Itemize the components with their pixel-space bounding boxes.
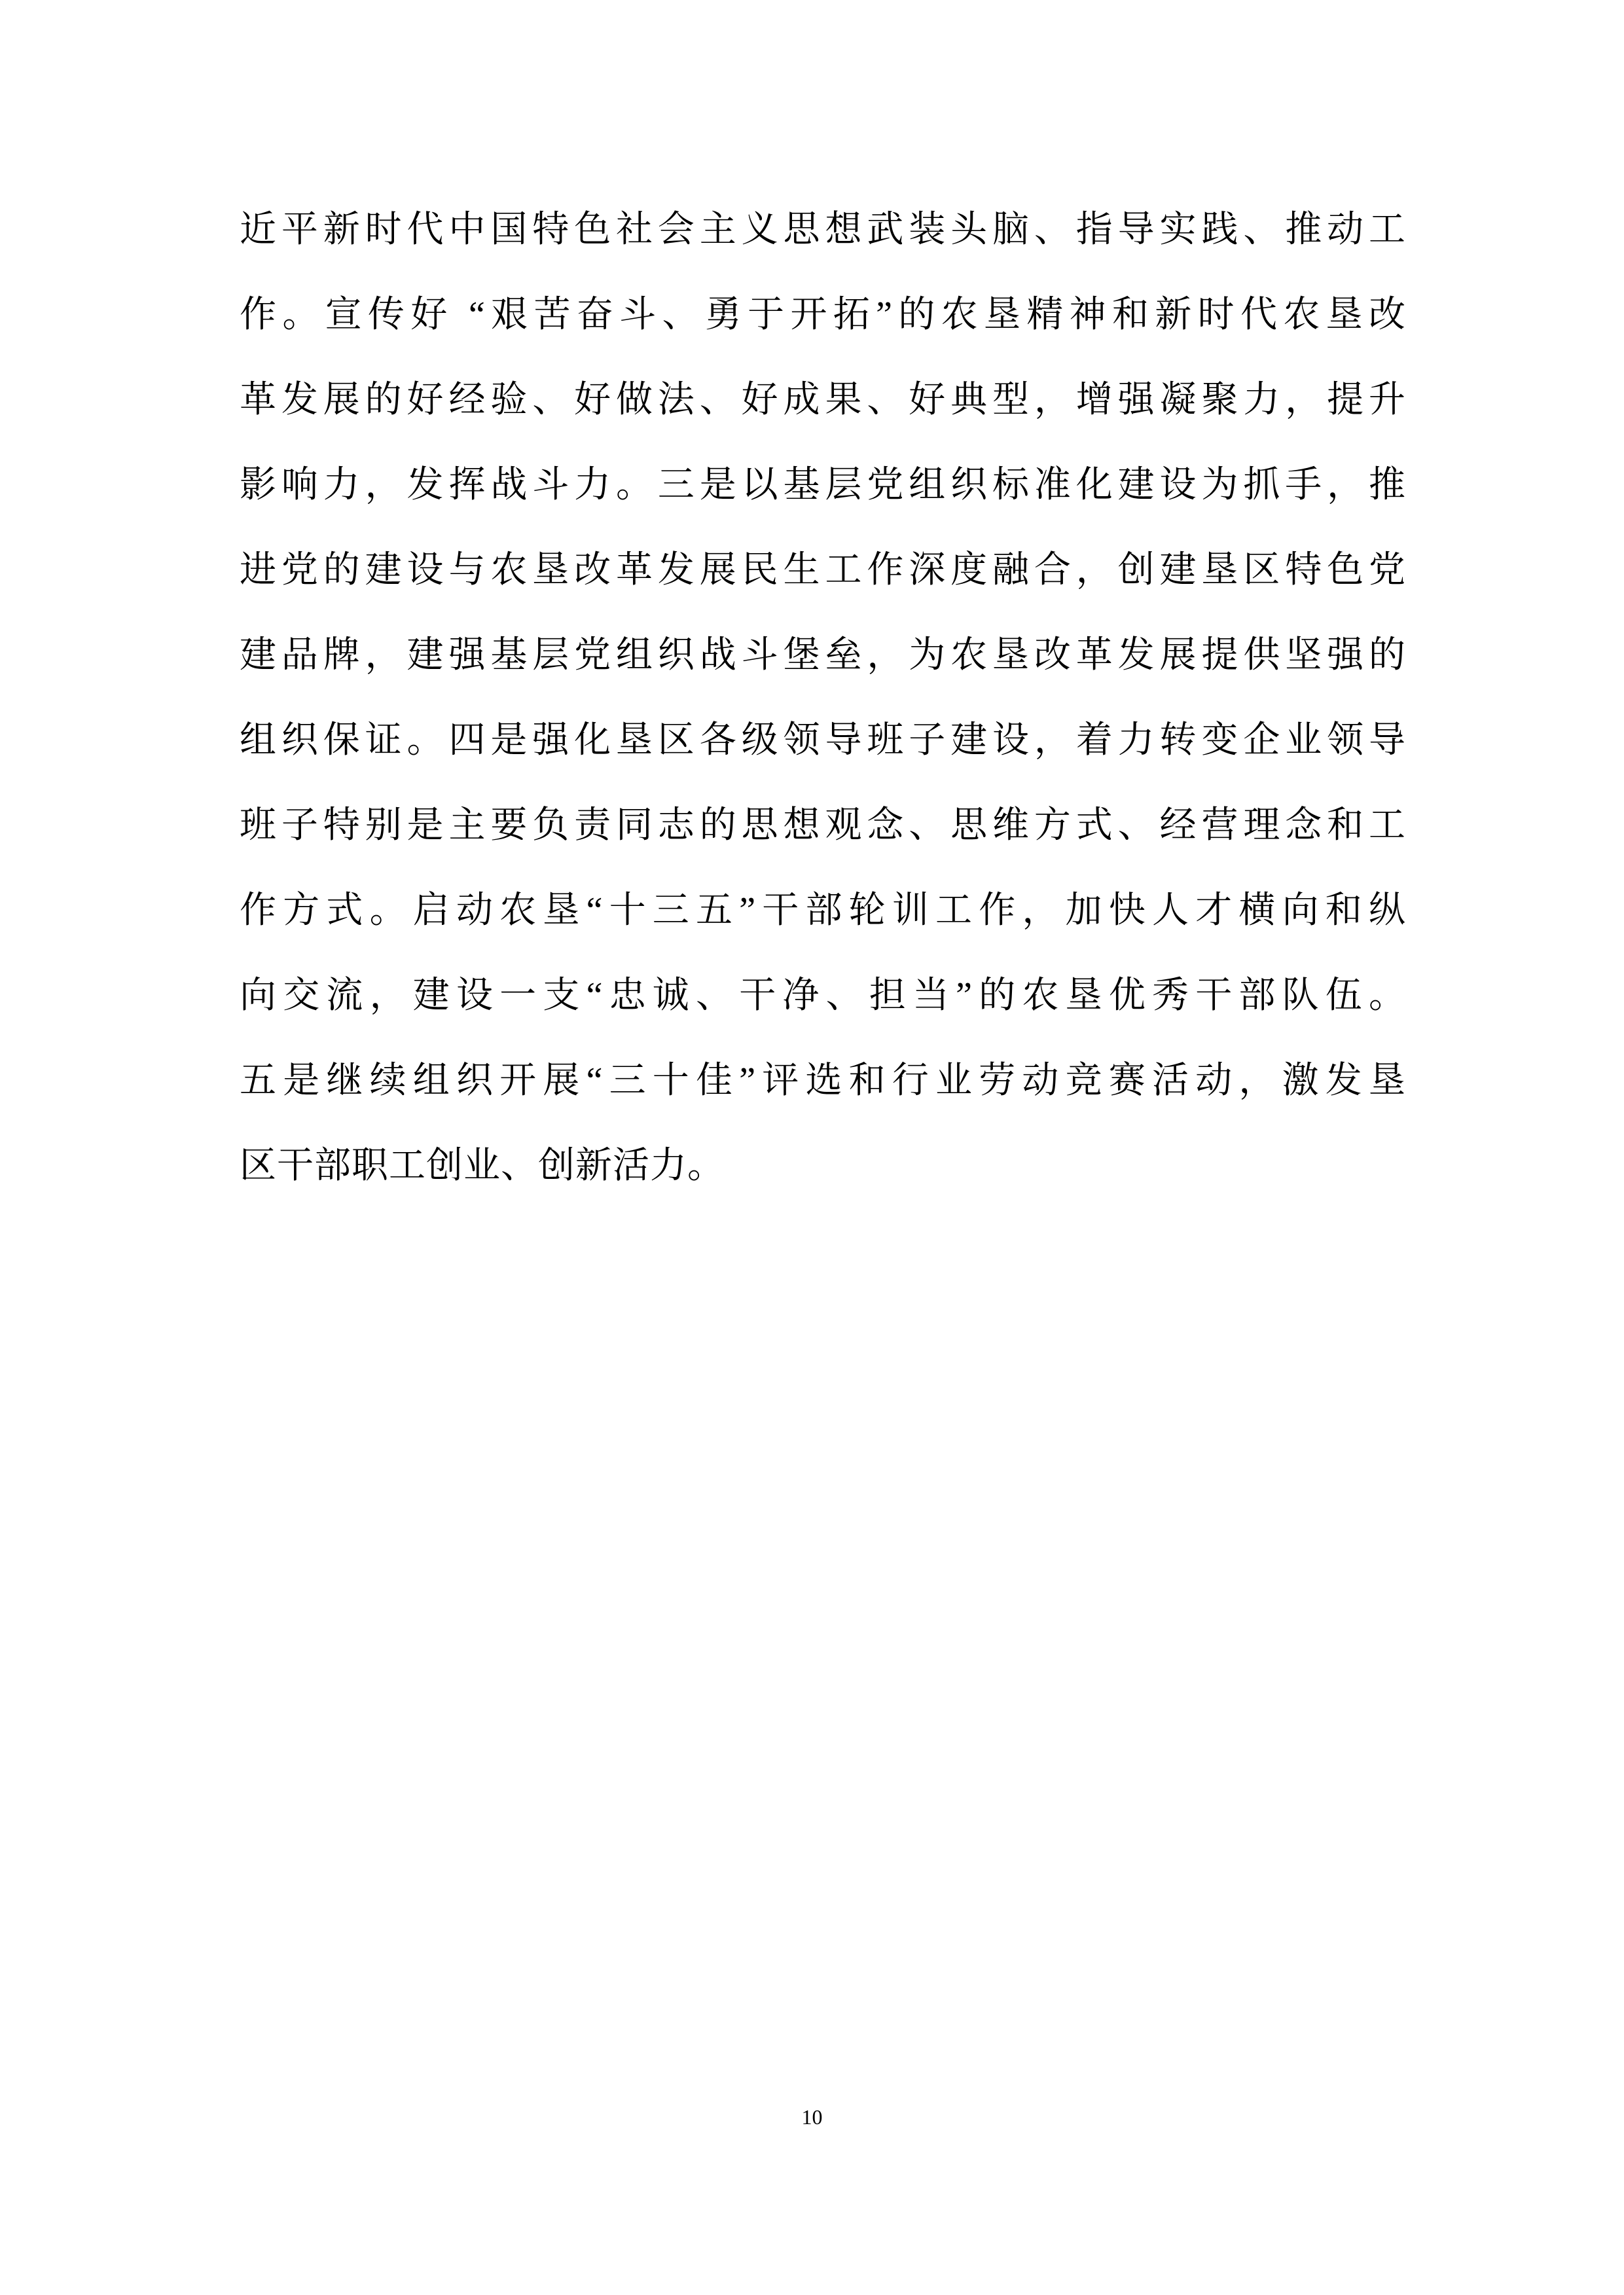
text-line: 进党的建设与农垦改革发展民生工作深度融合，创建垦区特色党 xyxy=(240,528,1406,613)
document-page: 近平新时代中国特色社会主义思想武装头脑、指导实践、推动工 作。宣传好 “艰苦奋斗… xyxy=(0,0,1624,2295)
text-line: 建品牌，建强基层党组织战斗堡垒，为农垦改革发展提供坚强的 xyxy=(240,613,1406,698)
text-line: 近平新时代中国特色社会主义思想武装头脑、指导实践、推动工 xyxy=(240,187,1406,272)
text-line: 影响力，发挥战斗力。三是以基层党组织标准化建设为抓手，推 xyxy=(240,443,1406,528)
text-line: 作方式。启动农垦“十三五”干部轮训工作，加快人才横向和纵 xyxy=(240,868,1406,953)
page-number: 10 xyxy=(0,2104,1624,2130)
text-line: 向交流，建设一支“忠诚、干净、担当”的农垦优秀干部队伍。 xyxy=(240,953,1406,1038)
text-line: 组织保证。四是强化垦区各级领导班子建设，着力转变企业领导 xyxy=(240,698,1406,783)
text-line: 革发展的好经验、好做法、好成果、好典型，增强凝聚力，提升 xyxy=(240,357,1406,443)
text-line: 区干部职工创业、创新活力。 xyxy=(240,1123,1406,1208)
text-line: 班子特别是主要负责同志的思想观念、思维方式、经营理念和工 xyxy=(240,783,1406,868)
document-body-text: 近平新时代中国特色社会主义思想武装头脑、指导实践、推动工 作。宣传好 “艰苦奋斗… xyxy=(240,187,1406,1208)
text-line: 五是继续组织开展“三十佳”评选和行业劳动竞赛活动，激发垦 xyxy=(240,1038,1406,1123)
text-line: 作。宣传好 “艰苦奋斗、勇于开拓”的农垦精神和新时代农垦改 xyxy=(240,272,1406,357)
